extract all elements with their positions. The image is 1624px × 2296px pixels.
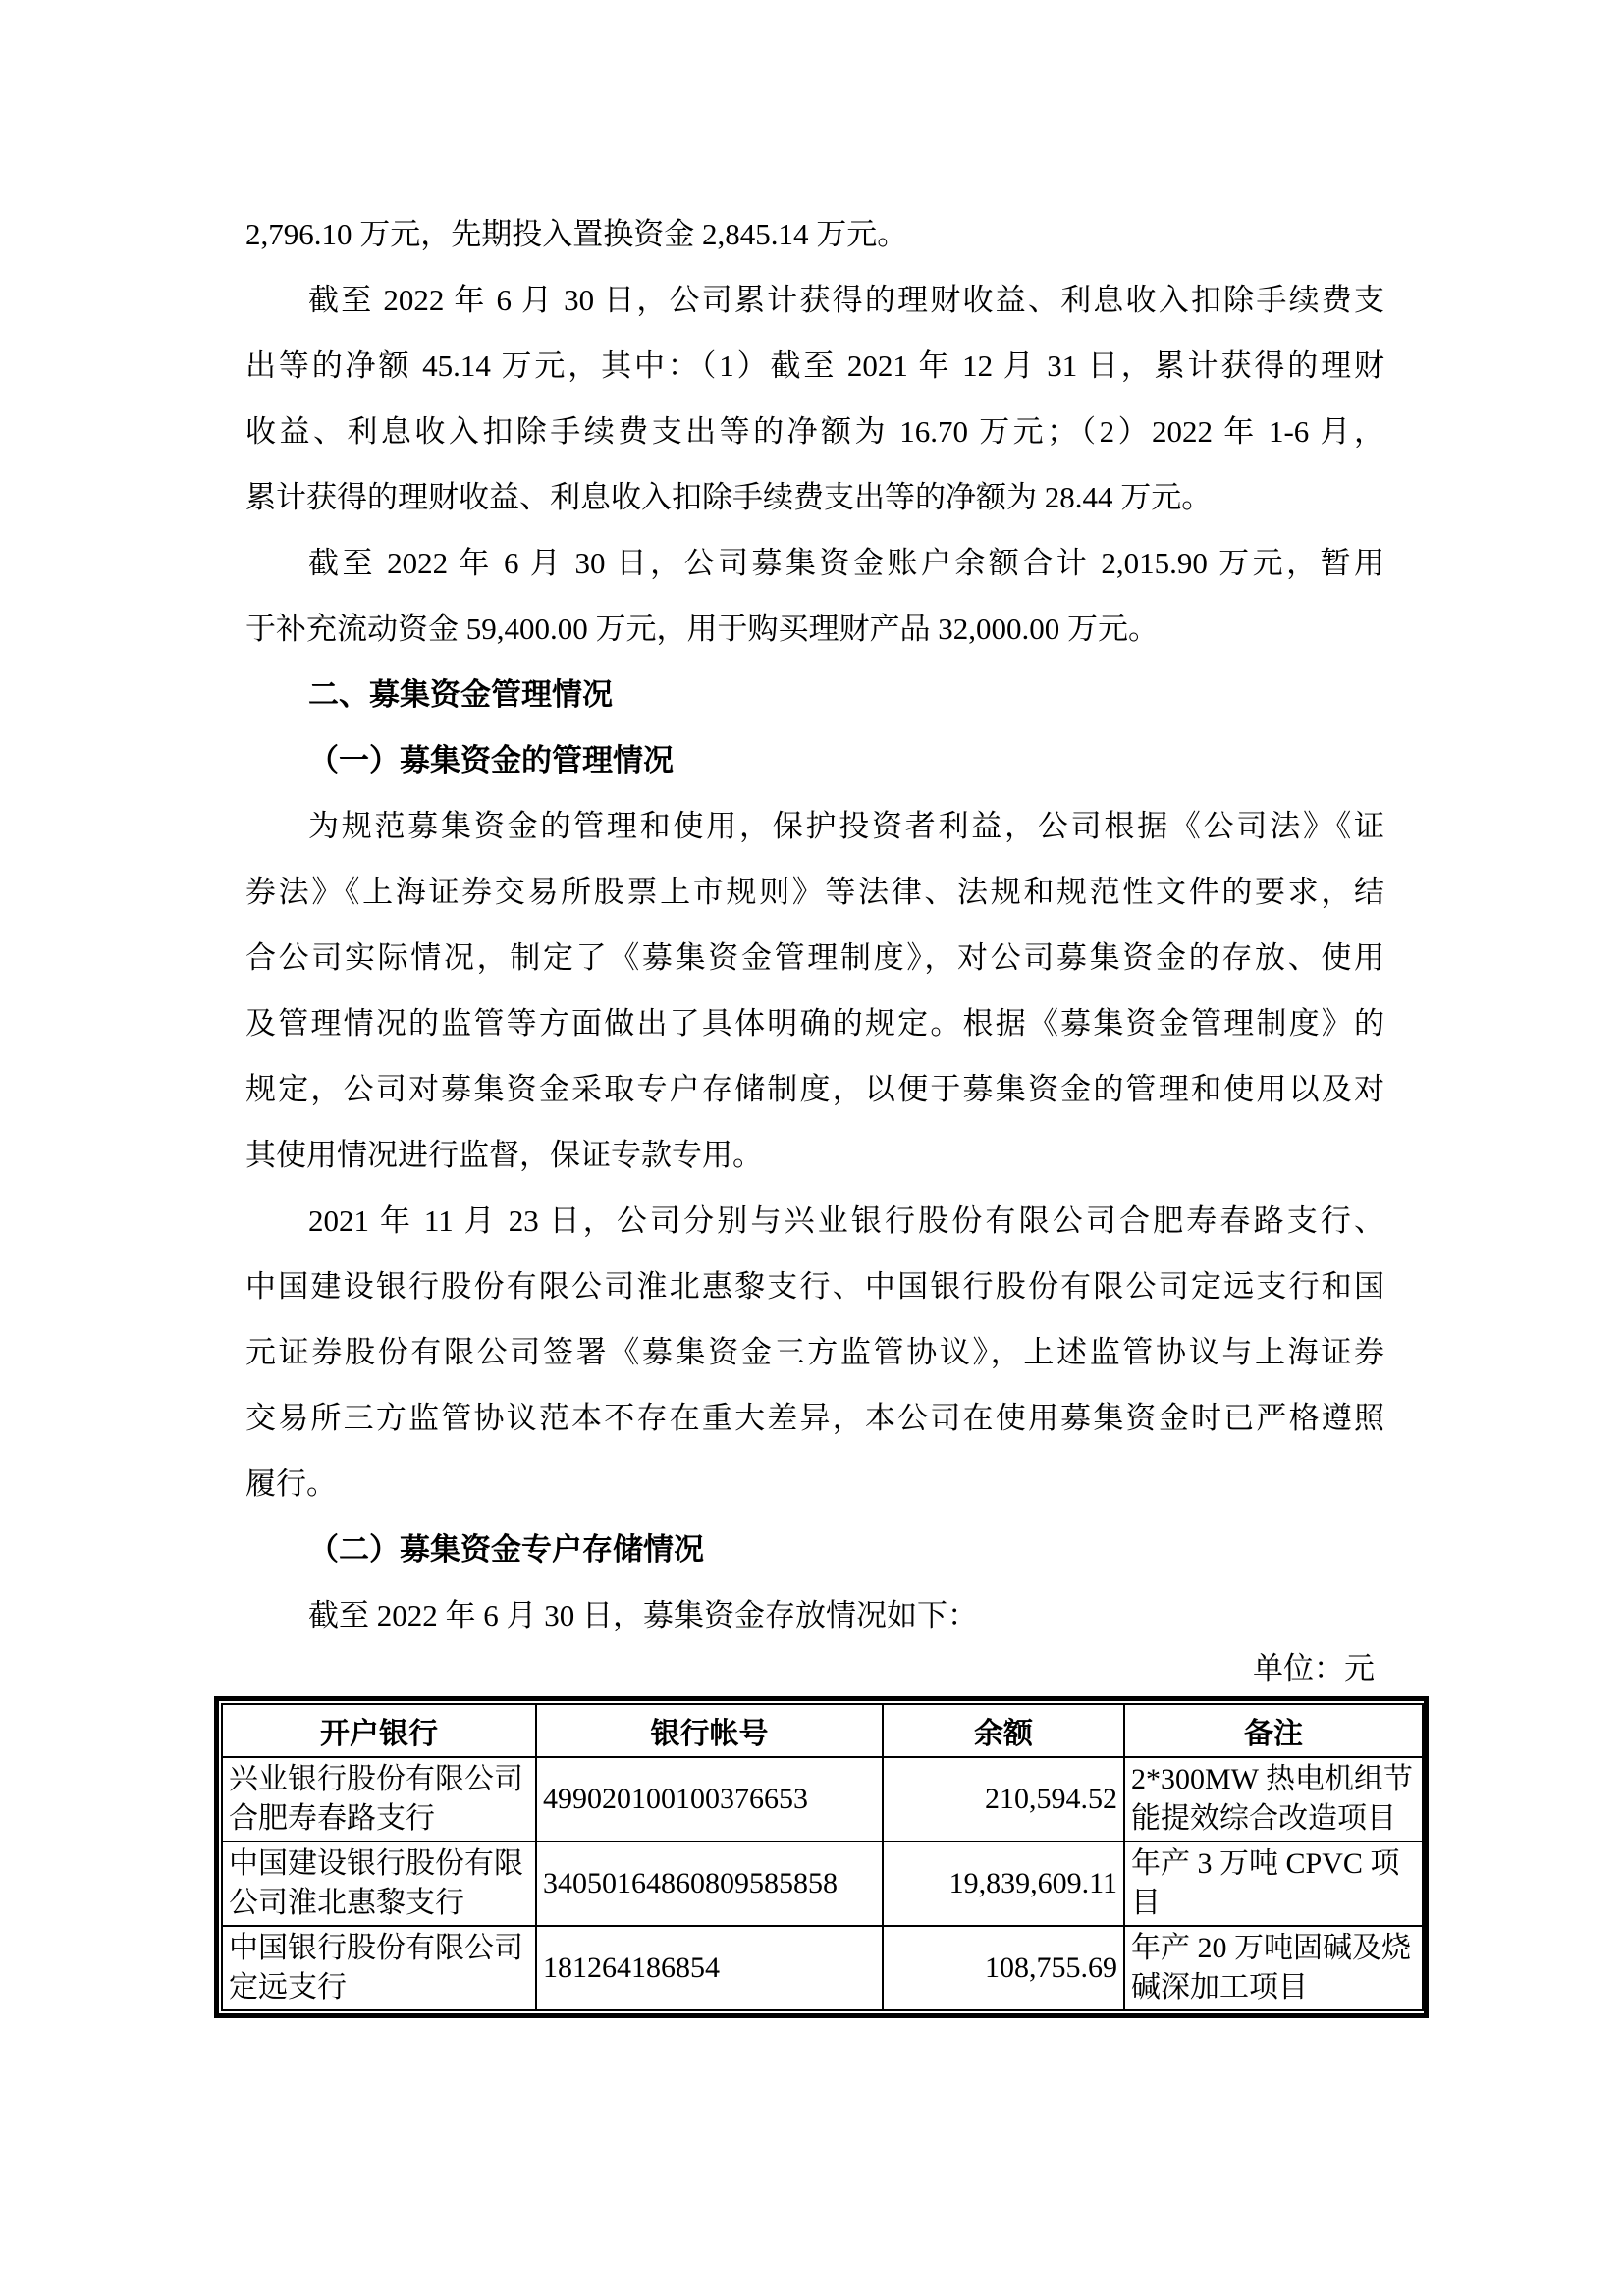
body-line: 截至 2022 年 6 月 30 日，公司募集资金账户余额合计 2,015.90… bbox=[245, 530, 1384, 596]
body-line: 券法》《上海证券交易所股票上市规则》等法律、法规和规范性文件的要求，结 bbox=[245, 859, 1384, 925]
body-line: 2,796.10 万元，先期投入置换资金 2,845.14 万元。 bbox=[245, 201, 1384, 267]
funds-storage-table: 开户银行 银行帐号 余额 备注 兴业银行股份有限公司合肥寿春路支行 499020… bbox=[214, 1696, 1429, 2018]
cell-account: 499020100100376653 bbox=[536, 1757, 883, 1842]
table-row: 中国建设银行股份有限公司淮北惠黎支行 34050164860809585858 … bbox=[222, 1842, 1423, 1926]
body-line: 履行。 bbox=[245, 1451, 1384, 1517]
column-header-bank: 开户银行 bbox=[222, 1704, 536, 1757]
body-line: 截至 2022 年 6 月 30 日，募集资金存放情况如下： bbox=[245, 1582, 1384, 1648]
body-line: 为规范募集资金的管理和使用，保护投资者利益，公司根据《公司法》《证 bbox=[245, 793, 1384, 859]
subsection-heading-management-status: （一）募集资金的管理情况 bbox=[245, 727, 1384, 793]
cell-bank: 兴业银行股份有限公司合肥寿春路支行 bbox=[222, 1757, 536, 1842]
document-body: 2,796.10 万元，先期投入置换资金 2,845.14 万元。 截至 202… bbox=[245, 201, 1384, 1648]
cell-account: 34050164860809585858 bbox=[536, 1842, 883, 1926]
column-header-note: 备注 bbox=[1124, 1704, 1423, 1757]
body-line: 交易所三方监管协议范本不存在重大差异，本公司在使用募集资金时已严格遵照 bbox=[245, 1385, 1384, 1451]
cell-account: 181264186854 bbox=[536, 1926, 883, 2010]
document-page: 2,796.10 万元，先期投入置换资金 2,845.14 万元。 截至 202… bbox=[0, 0, 1624, 2296]
cell-note: 年产 3 万吨 CPVC 项目 bbox=[1124, 1842, 1423, 1926]
cell-note: 2*300MW 热电机组节能提效综合改造项目 bbox=[1124, 1757, 1423, 1842]
column-header-account: 银行帐号 bbox=[536, 1704, 883, 1757]
cell-balance: 19,839,609.11 bbox=[883, 1842, 1124, 1926]
body-line: 元证券股份有限公司签署《募集资金三方监管协议》，上述监管协议与上海证券 bbox=[245, 1319, 1384, 1385]
body-line: 于补充流动资金 59,400.00 万元，用于购买理财产品 32,000.00 … bbox=[245, 596, 1384, 662]
body-line: 截至 2022 年 6 月 30 日，公司累计获得的理财收益、利息收入扣除手续费… bbox=[245, 267, 1384, 333]
body-line: 其使用情况进行监督，保证专款专用。 bbox=[245, 1122, 1384, 1188]
section-heading-funds-management: 二、募集资金管理情况 bbox=[245, 662, 1384, 727]
body-line: 及管理情况的监管等方面做出了具体明确的规定。根据《募集资金管理制度》的 bbox=[245, 990, 1384, 1056]
subsection-heading-account-storage: （二）募集资金专户存储情况 bbox=[245, 1517, 1384, 1582]
table-row: 兴业银行股份有限公司合肥寿春路支行 499020100100376653 210… bbox=[222, 1757, 1423, 1842]
column-header-balance: 余额 bbox=[883, 1704, 1124, 1757]
body-line: 规定，公司对募集资金采取专户存储制度，以便于募集资金的管理和使用以及对 bbox=[245, 1056, 1384, 1122]
table-header-row: 开户银行 银行帐号 余额 备注 bbox=[222, 1704, 1423, 1757]
cell-bank: 中国银行股份有限公司定远支行 bbox=[222, 1926, 536, 2010]
cell-balance: 210,594.52 bbox=[883, 1757, 1124, 1842]
cell-balance: 108,755.69 bbox=[883, 1926, 1124, 2010]
cell-bank: 中国建设银行股份有限公司淮北惠黎支行 bbox=[222, 1842, 536, 1926]
body-line: 中国建设银行股份有限公司淮北惠黎支行、中国银行股份有限公司定远支行和国 bbox=[245, 1254, 1384, 1319]
body-line: 收益、利息收入扣除手续费支出等的净额为 16.70 万元；（2）2022 年 1… bbox=[245, 399, 1384, 464]
cell-note: 年产 20 万吨固碱及烧碱深加工项目 bbox=[1124, 1926, 1423, 2010]
body-line: 2021 年 11 月 23 日，公司分别与兴业银行股份有限公司合肥寿春路支行、 bbox=[245, 1188, 1384, 1254]
table-unit-label: 单位：元 bbox=[214, 1641, 1429, 1696]
body-line: 出等的净额 45.14 万元，其中：（1）截至 2021 年 12 月 31 日… bbox=[245, 333, 1384, 399]
body-line: 累计获得的理财收益、利息收入扣除手续费支出等的净额为 28.44 万元。 bbox=[245, 464, 1384, 530]
body-line: 合公司实际情况，制定了《募集资金管理制度》，对公司募集资金的存放、使用 bbox=[245, 925, 1384, 990]
table-row: 中国银行股份有限公司定远支行 181264186854 108,755.69 年… bbox=[222, 1926, 1423, 2010]
